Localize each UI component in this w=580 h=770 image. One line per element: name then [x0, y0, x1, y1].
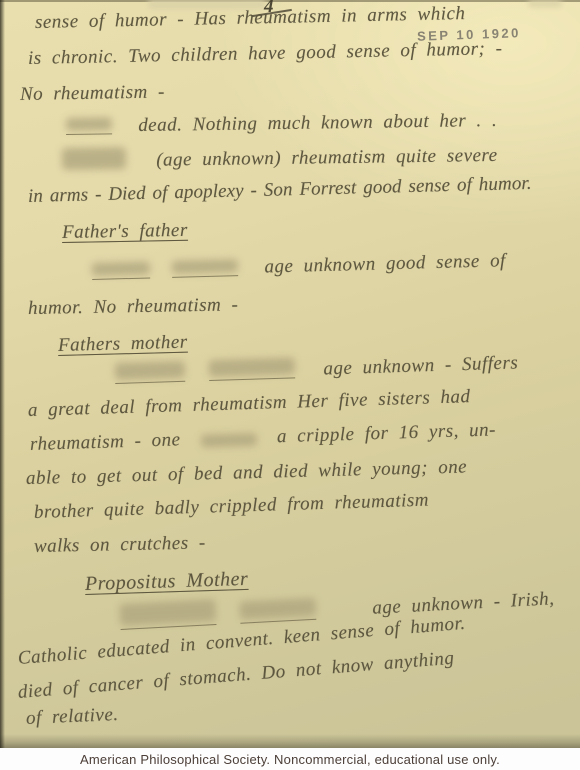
handwritten-line-11: rheumatism - one a cripple for 16 yrs, u… — [30, 419, 497, 456]
handwritten-line-12: able to get out of bed and died while yo… — [26, 456, 468, 490]
scan-left-edge — [0, 0, 5, 748]
handwritten-text: dead. Nothing much known about her . . — [138, 110, 497, 136]
handwritten-line-18: of relative. — [26, 704, 119, 730]
heading-fathers-father: Father's father — [62, 220, 188, 244]
handwritten-line-2: is chronic. Two children have good sense… — [28, 38, 503, 70]
handwritten-text: a cripple for 16 yrs, un- — [277, 419, 497, 447]
handwritten-line-9: age unknown - Suffers — [115, 350, 519, 387]
redacted-name-blur — [115, 361, 186, 384]
redacted-name-blur — [209, 357, 296, 381]
handwritten-line-10: a great deal from rheumatism Her five si… — [28, 386, 471, 422]
redacted-name-blur — [240, 598, 317, 624]
redacted-name-blur — [201, 433, 257, 448]
handwritten-line-4: dead. Nothing much known about her . . — [66, 110, 498, 138]
handwritten-line-8: humor. No rheumatism - — [28, 294, 239, 320]
handwritten-line-1: sense of humor - Has rheumatism in arms … — [35, 3, 466, 34]
top-right-blur-smudge — [528, 0, 562, 7]
heading-propositus-mother: Propositus Mother — [85, 568, 249, 596]
handwritten-text: age unknown - Suffers — [323, 352, 518, 379]
scanned-document: 4 SEP 10 1920 sense of humor - Has rheum… — [0, 0, 580, 770]
handwritten-text: (age unknown) rheumatism quite severe — [156, 145, 498, 171]
handwritten-line-5: (age unknown) rheumatism quite severe — [62, 142, 498, 173]
paper-bottom-edge — [0, 734, 580, 748]
handwritten-line-14: walks on crutches - — [34, 532, 206, 558]
redacted-name-blur — [172, 259, 238, 278]
handwritten-line-13: brother quite badly crippled from rheuma… — [34, 490, 430, 524]
redacted-name-blur — [119, 599, 216, 630]
heading-fathers-mother: Fathers mother — [58, 332, 188, 357]
handwritten-line-3: No rheumatism - — [20, 81, 165, 106]
handwritten-line-6: in arms - Died of apoplexy - Son Forrest… — [28, 173, 532, 208]
archive-caption-bar: American Philosophical Society. Noncomme… — [0, 748, 580, 770]
archive-caption: American Philosophical Society. Noncomme… — [80, 752, 500, 767]
redacted-name-blur — [92, 261, 150, 280]
handwritten-text: rheumatism - one — [30, 429, 181, 455]
paper-top-edge — [0, 0, 580, 2]
handwritten-text: age unknown good sense of — [264, 250, 506, 277]
paper-background: 4 SEP 10 1920 sense of humor - Has rheum… — [0, 0, 580, 748]
redacted-name-blur — [62, 147, 126, 170]
redacted-name-blur — [66, 117, 112, 135]
handwritten-line-7: age unknown good sense of — [92, 250, 506, 283]
